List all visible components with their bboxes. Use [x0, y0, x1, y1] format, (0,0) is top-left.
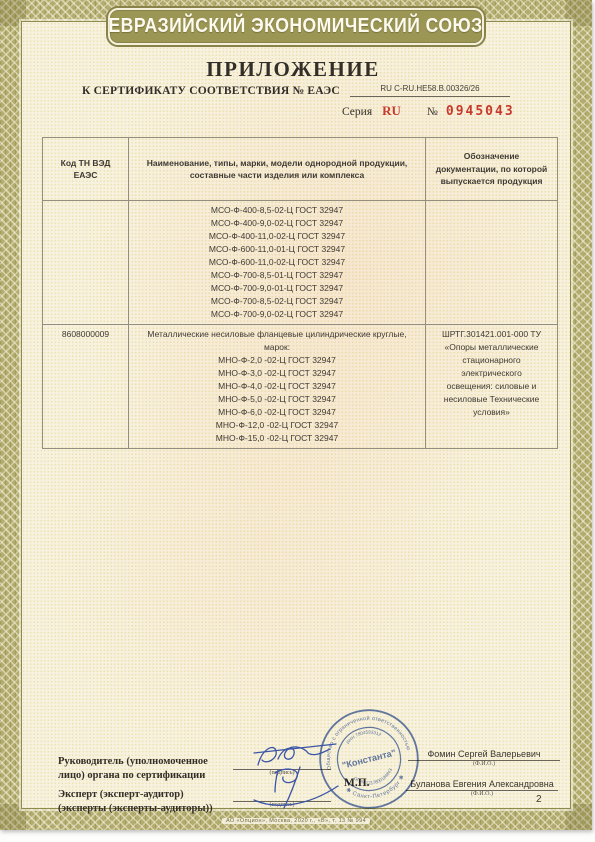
scanned-certificate-page: ЕВРАЗИЙСКИЙ ЭКОНОМИЧЕСКИЙ СОЮЗ ПРИЛОЖЕНИ… — [0, 0, 595, 842]
doc-designation-cell: ШРТГ.301421.001-000 ТУ«Опоры металлическ… — [426, 325, 558, 449]
header-doc-designation: Обозначение документации, по которой вып… — [426, 138, 558, 201]
product-table-header: Код ТН ВЭД ЕАЭС Наименование, типы, марк… — [43, 138, 558, 201]
role-head-of-body-label: Руководитель (уполномоченноелицо) органа… — [58, 755, 208, 782]
certificate-number-value: RU C-RU.HE58.B.00326/26 — [350, 84, 510, 97]
series-label: Серия — [342, 106, 372, 118]
header-row: Код ТН ВЭД ЕАЭС Наименование, типы, марк… — [43, 138, 558, 201]
header-tnved-code: Код ТН ВЭД ЕАЭС — [43, 138, 129, 201]
number-sign: № — [427, 106, 438, 118]
stamp-ogrn-text: ОГРН 1217800184843 — [352, 766, 396, 790]
product-table-body: МСО-Ф-400-8,5-02-Ц ГОСТ 32947МСО-Ф-400-9… — [43, 201, 558, 449]
product-names-cell: Металлические несиловые фланцевые цилинд… — [129, 325, 426, 449]
series-line: Серия RU № 0945043 — [342, 103, 515, 119]
header-product-names: Наименование, типы, марки, модели одноро… — [129, 138, 426, 201]
doc-designation-cell — [426, 201, 558, 325]
printing-house-note: АО «Опцион», Москва, 2020 г., «В», т. 13… — [222, 818, 370, 824]
tnved-code-cell — [43, 201, 129, 325]
stamp-company-name: "Константа" — [341, 748, 397, 771]
role-expert-label: Эксперт (эксперт-аудитор)(эксперты (эксп… — [58, 788, 213, 815]
tnved-code-cell: 8608000009 — [43, 325, 129, 449]
expert-signature-autograph — [248, 764, 344, 812]
svg-text:ОГРН 1217800184843: ОГРН 1217800184843 — [352, 766, 396, 790]
product-table: Код ТН ВЭД ЕАЭС Наименование, типы, марк… — [42, 137, 558, 449]
certificate-number-line: К СЕРТИФИКАТУ СООТВЕТСТВИЯ № ЕАЭС RU C-R… — [0, 84, 592, 97]
table-row: МСО-Ф-400-8,5-02-Ц ГОСТ 32947МСО-Ф-400-9… — [43, 201, 558, 325]
series-value: RU — [382, 103, 401, 119]
product-names-cell: МСО-Ф-400-8,5-02-Ц ГОСТ 32947МСО-Ф-400-9… — [129, 201, 426, 325]
page-number: 2 — [536, 794, 542, 805]
table-row: 8608000009Металлические несиловые фланце… — [43, 325, 558, 449]
page-title: ПРИЛОЖЕНИЕ — [0, 57, 586, 82]
certificate-label: К СЕРТИФИКАТУ СООТВЕТСТВИЯ № ЕАЭС — [82, 85, 340, 97]
eaeu-union-banner: ЕВРАЗИЙСКИЙ ЭКОНОМИЧЕСКИЙ СОЮЗ — [108, 8, 484, 45]
eaeu-union-banner-text: ЕВРАЗИЙСКИЙ ЭКОНОМИЧЕСКИЙ СОЮЗ — [109, 15, 483, 38]
certificate-sheet: ЕВРАЗИЙСКИЙ ЭКОНОМИЧЕСКИЙ СОЮЗ ПРИЛОЖЕНИ… — [0, 0, 592, 830]
blank-serial-number: 0945043 — [446, 104, 515, 119]
